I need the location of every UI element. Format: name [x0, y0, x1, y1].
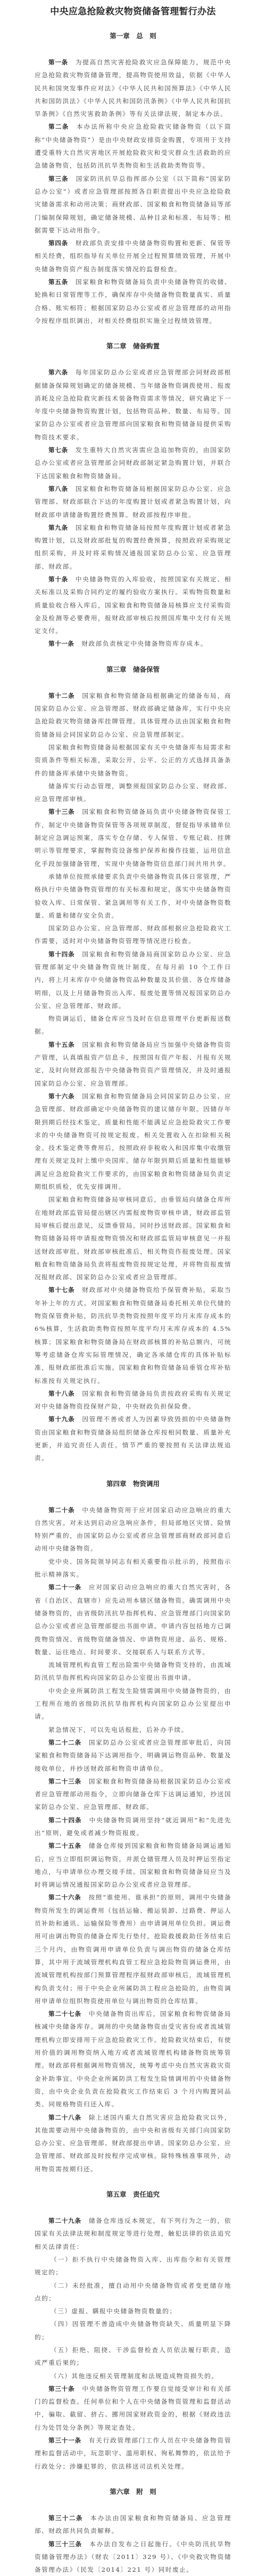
paragraph-text: 物资调运后，储备仓库应当及时在信息管理平台更新报送数据。: [35, 1015, 231, 1035]
article-number: 第二十三条: [48, 1778, 81, 1785]
paragraph: 物资调运后，储备仓库应当及时在信息管理平台更新报送数据。: [35, 1012, 231, 1038]
list-item-clause: （五）拒绝、阻挠、干涉监督检查人员依法履行职责，造成严重后果的；: [35, 2344, 231, 2370]
article-number: 第二十六条: [48, 1894, 81, 1901]
article-paragraph: 第十九条因管理不善或者人为因素导致毁损的中央储备物资由国家粮食和物资储备局组织储…: [35, 1413, 231, 1464]
paragraph-text: 除上述国内重大自然灾害应急抢险救灾以外，其他需要动用中央储备物资的，由中央和省级…: [35, 2114, 231, 2173]
article-number: 第十四条: [48, 951, 74, 958]
chapter-heading: 第三章 储备保管: [35, 663, 231, 676]
article-paragraph: 第七条发生重特大自然灾害需应急追加物资的，由国家防总办公室或者应急管理部会同财政…: [35, 444, 231, 482]
article-paragraph: 第三条国家防汛抗旱总指挥部办公室（以下简称“国家防总办公室”）或者应急管理部按照…: [35, 172, 231, 237]
chapter-section: 第四章 物资调用第二十条中央储备物资用于应对国家启动应急响应的重大自然灾害。对未…: [35, 1478, 231, 2175]
paragraph: 储备库实行动态管理，调整须报国家防总办公室、财政部、应急管理部审核。: [35, 780, 231, 806]
paragraph-text: （三）虚报、瞒报中央储备物资数量的；: [51, 2307, 177, 2315]
article-number: 第十七条: [48, 1286, 74, 1294]
paragraph-text: （一）拒不执行中央储备物资入库、出库指令和有关管理规定的；: [35, 2256, 231, 2276]
article-number: 第三十一条: [48, 2437, 81, 2444]
article-number: 第六条: [48, 369, 68, 376]
article-number: 第十九条: [48, 1415, 74, 1423]
paragraph-text: 储备库实行动态管理，调整须报国家防总办公室、财政部、应急管理部审核。: [35, 782, 231, 803]
paragraph-text: 国家粮食和物资储备局审核同意后，由垂管局向储备仓库所在地财政部监管局提出辖区内需…: [35, 1196, 231, 1281]
chapter-section: 第三章 储备保管第十二条国家粮食和物资储备局根据确定的储备布局，商国家防总办公室…: [35, 663, 231, 1465]
paragraph-text: 中央储备物资出库后，国家粮食和物资储备局核减中央储备库存。调用的中央储备物资由受…: [35, 2010, 231, 2108]
paragraph-text: 党中央、国务院领导同志有相关重要指示批示的，按照指示批示精神落实。: [35, 1558, 231, 1578]
chapter-heading: 第六章 附 则: [35, 2486, 231, 2498]
article-number: 第十五条: [48, 1041, 74, 1048]
article-number: 第五条: [48, 278, 68, 286]
paragraph: 流域管理机构直管工程出险需中央储备物资支持的，由流域防汛抗旱指挥机构向国家防总办…: [35, 1658, 231, 1685]
chapter-heading: 第一章 总 则: [35, 30, 231, 43]
list-item-clause: （二）未经批准，擅自动用中央储备物资或者变更储存地点的；: [35, 2279, 231, 2305]
article-paragraph: 第十一条财政部负责核定中央储备物资库存成本。: [35, 637, 231, 650]
list-item-clause: （三）虚报、瞒报中央储备物资数量的；: [35, 2305, 231, 2317]
article-number: 第二十八条: [48, 2114, 81, 2121]
article-paragraph: 第二十四条中央储备物资调用坚持“就近调用”和“先进先出”原则，避免或者减少物资报…: [35, 1814, 231, 1840]
paragraph: 承储单位按照承储要求负责中央储备物资具体日常管理，严格执行中央储备物资管理的有关…: [35, 870, 231, 922]
paragraph-text: （六）其他违反相关管理制度和法规造成物资损失的。: [51, 2372, 218, 2380]
paragraph-text: 为提高自然灾害抢险救灾应急保障能力，规范中央应急抢险救灾物资储备管理，提高物资使…: [35, 59, 231, 118]
paragraph-text: 国家粮食和物资储备局商国家防总办公室、应急管理部制定中央储备物资统计制度，在每月…: [35, 951, 231, 1010]
chapter-heading: 第二章 储备购置: [35, 340, 231, 353]
article-paragraph: 第五条国家粮食和物资储备局负责中央储备物资的收储、轮换和日常管理等工作，确保库存…: [35, 276, 231, 327]
paragraph-text: （二）未经批准，擅自动用中央储备物资或者变更储存地点的；: [35, 2282, 231, 2302]
article-paragraph: 第二十条中央储备物资用于应对国家启动应急响应的重大自然灾害。对未达到启动应急响应…: [35, 1504, 231, 1555]
paragraph-text: 国家防汛抗旱总指挥部办公室（以下简称“国家防总办公室”）或者应急管理部按照各自职…: [35, 175, 231, 234]
article-number: 第十二条: [48, 692, 74, 699]
article-paragraph: 第二条本办法所称中央应急抢险救灾储备物资（以下简称“中央储备物资”）是由中央财政…: [35, 120, 231, 172]
article-paragraph: 第二十一条应对国家启动应急响应的重大自然灾害时，各省（自治区、直辖市）应先动用本…: [35, 1581, 231, 1658]
article-paragraph: 第六条每年国家防总办公室或者应急管理部会同财政部根据储备保障规划确定的储备规模、…: [35, 366, 231, 444]
chapter-section: 第五章 责任追究第二十九条储备仓库违反本规定，有下列行为之一的，依国家有关法律法…: [35, 2188, 231, 2473]
paragraph-text: （五）拒绝、阻挠、干涉监督检查人员依法履行职责，造成严重后果的；: [35, 2346, 231, 2366]
paragraph-text: 每年国家防总办公室或者应急管理部会同财政部根据储备保障规划确定的储备规模、当年储…: [35, 369, 231, 440]
article-paragraph: 第二十八条除上述国内重大自然灾害应急抢险救灾以外，其他需要动用中央储备物资的，由…: [35, 2111, 231, 2175]
paragraph-text: 按照“谁使用、谁承担”的原则，调用中央储备物资所发生的调运费用（包括运输、搬运装…: [35, 1894, 231, 2004]
paragraph: 党中央、国务院领导同志有相关重要指示批示的，按照指示批示精神落实。: [35, 1555, 231, 1581]
chapters-container: 第一章 总 则第一条为提高自然灾害抢险救灾应急保障能力，规范中央应急抢险救灾物资…: [35, 30, 231, 2576]
article-number: 第二十五条: [48, 1842, 81, 1849]
article-paragraph: 第十五条国家粮食和物资储备局应当加强中央储备物资资产管理，认真填报资产信息卡，按…: [35, 1038, 231, 1090]
article-paragraph: 第八条国家粮食和物资储备局根据国家防总办公室、应急管理部、财政部联合下达的年度购…: [35, 482, 231, 521]
article-paragraph: 第二十五条储备仓库接到国家粮食和物资储备局调运通知后，应当立即组织调运物资，并派…: [35, 1839, 231, 1891]
article-number: 第一条: [48, 59, 68, 66]
article-paragraph: 第十八条国家粮食和物资储备局负责按政府采购有关规定对中央储备物资投保财产险，中央…: [35, 1387, 231, 1413]
paragraph: 国家粮食和物资储备局根据国家有关中央储备库布局需求和资质条件等相关标准，采取公开…: [35, 741, 231, 780]
chapter-heading: 第四章 物资调用: [35, 1478, 231, 1490]
article-number: 第十八条: [48, 1390, 74, 1397]
article-number: 第九条: [48, 524, 68, 531]
article-number: 第二十二条: [48, 1739, 81, 1746]
paragraph: 紧急情况下，可以先电话报批，后补办手续。: [35, 1723, 231, 1736]
article-paragraph: 第十二条国家粮食和物资储备局根据确定的储备布局，商国家防总办公室、应急管理部、财…: [35, 689, 231, 741]
article-number: 第十三条: [48, 808, 74, 815]
paragraph-text: 财政部对中央储备物资给予保管费补贴，采取当年补上年的方式。对国家粮食和物资储备局…: [35, 1286, 231, 1384]
article-number: 第三十三条: [48, 2540, 82, 2548]
paragraph-text: 国家防总办公室、应急管理部、财政部根据应急抢险救灾工作需要，适时对中央储备物资管…: [35, 924, 231, 945]
article-number: 第二十七条: [48, 2010, 81, 2018]
paragraph-text: 承储单位按照承储要求负责中央储备物资具体日常管理，严格执行中央储备物资管理的有关…: [35, 873, 231, 919]
paragraph-text: 中央储备物资的入库验收，按照国家有关规定、相关标准以及采购合同约定的履约验收方案…: [35, 576, 231, 635]
paragraph-text: 国家粮食和物资储备局负责中央储备物资保管工作，制定中央储备物资保管等各项规章制度…: [35, 808, 231, 867]
paragraph-text: 财政部负责核定中央储备物资库存成本。: [81, 640, 207, 647]
document-page: 中央应急抢险救灾物资储备管理暂行办法 第一章 总 则第一条为提高自然灾害抢险救灾…: [35, 0, 231, 2576]
chapter-section: 第二章 储备购置第六条每年国家防总办公室或者应急管理部会同财政部根据储备保障规划…: [35, 340, 231, 651]
article-number: 第八条: [48, 485, 68, 493]
article-paragraph: 第三十三条本办法自发布之日起施行。《中央防汛抗旱物资储备管理办法》（财农〔201…: [35, 2538, 231, 2576]
article-number: 第十条: [48, 576, 68, 583]
list-item-clause: （四）因管理不善造成中央储备物资缺失、质量明显下降的；: [35, 2317, 231, 2344]
paragraph-text: 国家粮食和物资储备局根据国家有关中央储备库布局需求和资质条件等相关标准，采取公开…: [35, 744, 231, 777]
article-paragraph: 第二十六条按照“谁使用、谁承担”的原则，调用中央储备物资所发生的调运费用（包括运…: [35, 1891, 231, 2007]
article-number: 第七条: [48, 446, 68, 454]
article-paragraph: 第十条中央储备物资的入库验收，按照国家有关规定、相关标准以及采购合同约定的履约验…: [35, 573, 231, 637]
article-paragraph: 第九条国家粮食和物资储备局按照年度购置计划或者紧急购置计划，以及财政部批复的购置…: [35, 521, 231, 573]
chapter-section: 第六章 附 则第三十二条本办法由国家粮食和物资储备局、应急管理部、财政部共同负责…: [35, 2486, 231, 2576]
document-title: 中央应急抢险救灾物资储备管理暂行办法: [35, 4, 231, 19]
article-paragraph: 第三十二条本办法由国家粮食和物资储备局、应急管理部、财政部共同负责解释。: [35, 2512, 231, 2538]
article-number: 第四条: [48, 239, 68, 247]
article-paragraph: 第二十九条储备仓库违反本规定，有下列行为之一的，依国家有关法律法规和制度规定等进…: [35, 2214, 231, 2253]
article-paragraph: 第十三条国家粮食和物资储备局负责中央储备物资保管工作，制定中央储备物资保管等各项…: [35, 805, 231, 870]
paragraph: 中央企业所属防洪工程发生险情需调用中央储备物资的，由工程所在地的省级防汛抗旱指挥…: [35, 1685, 231, 1723]
article-number: 第二十一条: [48, 1583, 81, 1591]
article-number: 第三十二条: [48, 2514, 83, 2522]
article-number: 第二条: [48, 123, 69, 130]
article-number: 第三十条: [48, 2385, 74, 2392]
article-number: 第二十条: [48, 1506, 74, 1514]
article-number: 第二十四条: [48, 1816, 82, 1824]
list-item-clause: （一）拒不执行中央储备物资入库、出库指令和有关管理规定的；: [35, 2253, 231, 2279]
article-number: 第三条: [48, 175, 69, 182]
paragraph-text: （四）因管理不善造成中央储备物资缺失、质量明显下降的；: [35, 2320, 231, 2340]
article-number: 第十一条: [48, 640, 74, 647]
article-paragraph: 第二十三条国家粮食和物资储备局根据国家防总办公室或者应急管理部动用指令，立即向储…: [35, 1775, 231, 1814]
article-paragraph: 第一条为提高自然灾害抢险救灾应急保障能力，规范中央应急抢险救灾物资储备管理，提高…: [35, 56, 231, 120]
article-paragraph: 第三十条中央储备物资管理工作要自觉接受审计和有关部门的监督检查。任何单位和个人在…: [35, 2382, 231, 2434]
paragraph: 国家粮食和物资储备局审核同意后，由垂管局向储备仓库所在地财政部监管局提出辖区内需…: [35, 1193, 231, 1283]
paragraph-text: 国家粮食和物资储备局会同国家防总办公室、应急管理部、财政部确定中央储备物资的建议…: [35, 1093, 231, 1190]
article-paragraph: 第四条财政部负责安排中央储备物资购置和更新、保管等相关经费，组织指导有关单位开展…: [35, 237, 231, 276]
paragraph-text: 流域管理机构直管工程出险需中央储备物资支持的，由流域防汛抗旱指挥机构向国家防总办…: [35, 1661, 231, 1681]
list-item-clause: （六）其他违反相关管理制度和法规造成物资损失的。: [35, 2370, 231, 2382]
article-paragraph: 第十四条国家粮食和物资储备局商国家防总办公室、应急管理部制定中央储备物资统计制度…: [35, 948, 231, 1012]
paragraph: 国家防总办公室、应急管理部、财政部根据应急抢险救灾工作需要，适时对中央储备物资管…: [35, 922, 231, 948]
article-number: 第二十九条: [48, 2217, 81, 2224]
article-paragraph: 第十七条财政部对中央储备物资给予保管费补贴，采取当年补上年的方式。对国家粮食和物…: [35, 1283, 231, 1387]
chapter-section: 第一章 总 则第一条为提高自然灾害抢险救灾应急保障能力，规范中央应急抢险救灾物资…: [35, 30, 231, 327]
article-number: 第十六条: [48, 1093, 74, 1100]
chapter-heading: 第五章 责任追究: [35, 2188, 231, 2201]
paragraph-text: 紧急情况下，可以先电话报批，后补办手续。: [48, 1726, 188, 1733]
article-paragraph: 第十六条国家粮食和物资储备局会同国家防总办公室、应急管理部、财政部确定中央储备物…: [35, 1090, 231, 1193]
article-paragraph: 第二十二条国家防总办公室或者应急管理部审批后，向国家粮食和物资储备局下达调用指令…: [35, 1736, 231, 1775]
article-paragraph: 第三十一条有关行政管理部门工作人员在中央储备物资管理和监督活动中，玩忽职守、滥用…: [35, 2434, 231, 2473]
paragraph-text: 应对国家启动应急响应的重大自然灾害时，各省（自治区、直辖市）应先动用本辖区储备物…: [35, 1583, 231, 1655]
article-paragraph: 第二十七条中央储备物资出库后，国家粮食和物资储备局核减中央储备库存。调用的中央储…: [35, 2007, 231, 2111]
paragraph-text: 中央企业所属防洪工程发生险情需调用中央储备物资的，由工程所在地的省级防汛抗旱指挥…: [35, 1687, 231, 1721]
